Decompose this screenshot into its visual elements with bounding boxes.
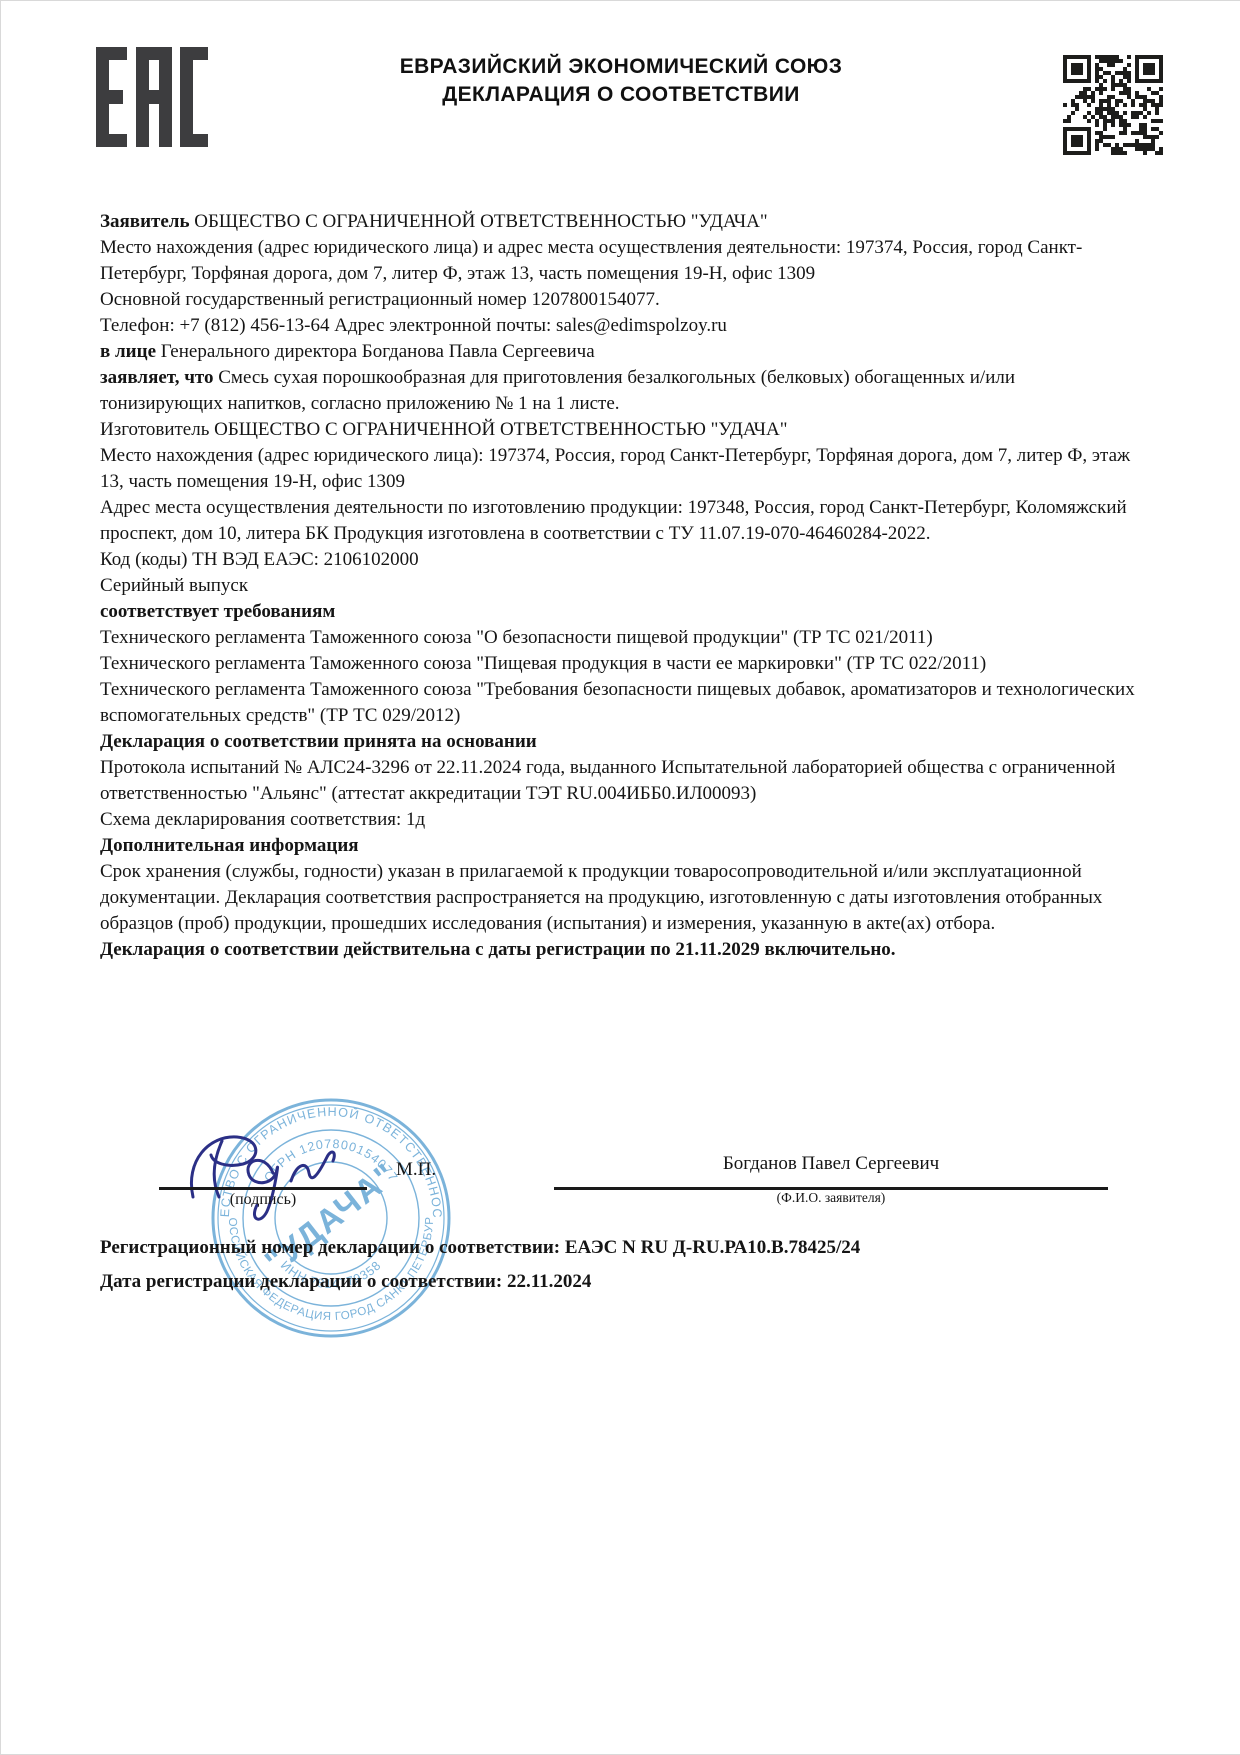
title-line-1: ЕВРАЗИЙСКИЙ ЭКОНОМИЧЕСКИЙ СОЮЗ bbox=[241, 53, 1001, 81]
additional-info-heading: Дополнительная информация bbox=[100, 833, 1142, 859]
signature-caption: (подпись) bbox=[159, 1191, 367, 1209]
in-person-name: Генерального директора Богданова Павла С… bbox=[161, 341, 595, 362]
applicant-ogrn: Основной государственный регистрационный… bbox=[100, 287, 1142, 313]
declares-label: заявляет, что bbox=[100, 367, 214, 388]
basis-protocol: Протокола испытаний № АЛС24-3296 от 22.1… bbox=[100, 755, 1142, 807]
declaration-document: ЕВРАЗИЙСКИЙ ЭКОНОМИЧЕСКИЙ СОЮЗ ДЕКЛАРАЦИ… bbox=[0, 0, 1240, 1755]
document-body: Заявитель ОБЩЕСТВО С ОГРАНИЧЕННОЙ ОТВЕТС… bbox=[100, 209, 1142, 963]
validity-line: Декларация о соответствии действительна … bbox=[100, 937, 1142, 963]
signature-line bbox=[159, 1187, 367, 1190]
signatory-name: Богданов Павел Сергеевич bbox=[554, 1153, 1108, 1175]
manufacturer-line: Изготовитель ОБЩЕСТВО С ОГРАНИЧЕННОЙ ОТВ… bbox=[100, 417, 1142, 443]
stamp-center-text: "УДАЧА" bbox=[258, 1155, 404, 1280]
stamp-place-abbr: М.П. bbox=[396, 1159, 436, 1181]
declares-line: заявляет, что Смесь сухая порошкообразна… bbox=[100, 365, 1142, 417]
applicant-contacts: Телефон: +7 (812) 456-13-64 Адрес электр… bbox=[100, 313, 1142, 339]
applicant-line: Заявитель ОБЩЕСТВО С ОГРАНИЧЕННОЙ ОТВЕТС… bbox=[100, 209, 1142, 235]
production-address: Адрес места осуществления деятельности п… bbox=[100, 495, 1142, 547]
basis-scheme: Схема декларирования соответствия: 1д bbox=[100, 807, 1142, 833]
product-description: Смесь сухая порошкообразная для приготов… bbox=[100, 367, 1015, 414]
handwritten-signature bbox=[149, 1119, 399, 1231]
additional-info-text: Срок хранения (службы, годности) указан … bbox=[100, 859, 1142, 937]
in-person-line: в лице Генерального директора Богданова … bbox=[100, 339, 1142, 365]
title-line-2: ДЕКЛАРАЦИЯ О СООТВЕТСТВИИ bbox=[241, 81, 1001, 109]
basis-heading: Декларация о соответствии принята на осн… bbox=[100, 729, 1142, 755]
in-person-label: в лице bbox=[100, 341, 156, 362]
manufacturer-address: Место нахождения (адрес юридического лиц… bbox=[100, 443, 1142, 495]
applicant-name: ОБЩЕСТВО С ОГРАНИЧЕННОЙ ОТВЕТСТВЕННОСТЬЮ… bbox=[194, 211, 767, 232]
applicant-label: Заявитель bbox=[100, 211, 190, 232]
tnved-code: Код (коды) ТН ВЭД ЕАЭС: 2106102000 bbox=[100, 547, 1142, 573]
stamp-inner-top-text: ОГРН 1207800154077 bbox=[261, 1137, 400, 1184]
document-title: ЕВРАЗИЙСКИЙ ЭКОНОМИЧЕСКИЙ СОЮЗ ДЕКЛАРАЦИ… bbox=[241, 53, 1001, 109]
compliance-heading: соответствует требованиям bbox=[100, 599, 1142, 625]
regulation-item: Технического регламента Таможенного союз… bbox=[100, 677, 1142, 729]
registration-date-line: Дата регистрации декларации о соответств… bbox=[100, 1271, 591, 1293]
applicant-address: Место нахождения (адрес юридического лиц… bbox=[100, 235, 1142, 287]
company-stamp: ОБЩЕСТВО С ОГРАНИЧЕННОЙ ОТВЕТСТВЕННОСТЬЮ… bbox=[206, 1093, 456, 1343]
regulation-item: Технического регламента Таможенного союз… bbox=[100, 651, 1142, 677]
registration-number-line: Регистрационный номер декларации о соотв… bbox=[100, 1237, 860, 1259]
name-caption: (Ф.И.О. заявителя) bbox=[554, 1190, 1108, 1206]
release-type: Серийный выпуск bbox=[100, 573, 1142, 599]
qr-code bbox=[1063, 55, 1163, 155]
eac-logo bbox=[96, 47, 208, 147]
regulation-item: Технического регламента Таможенного союз… bbox=[100, 625, 1142, 651]
